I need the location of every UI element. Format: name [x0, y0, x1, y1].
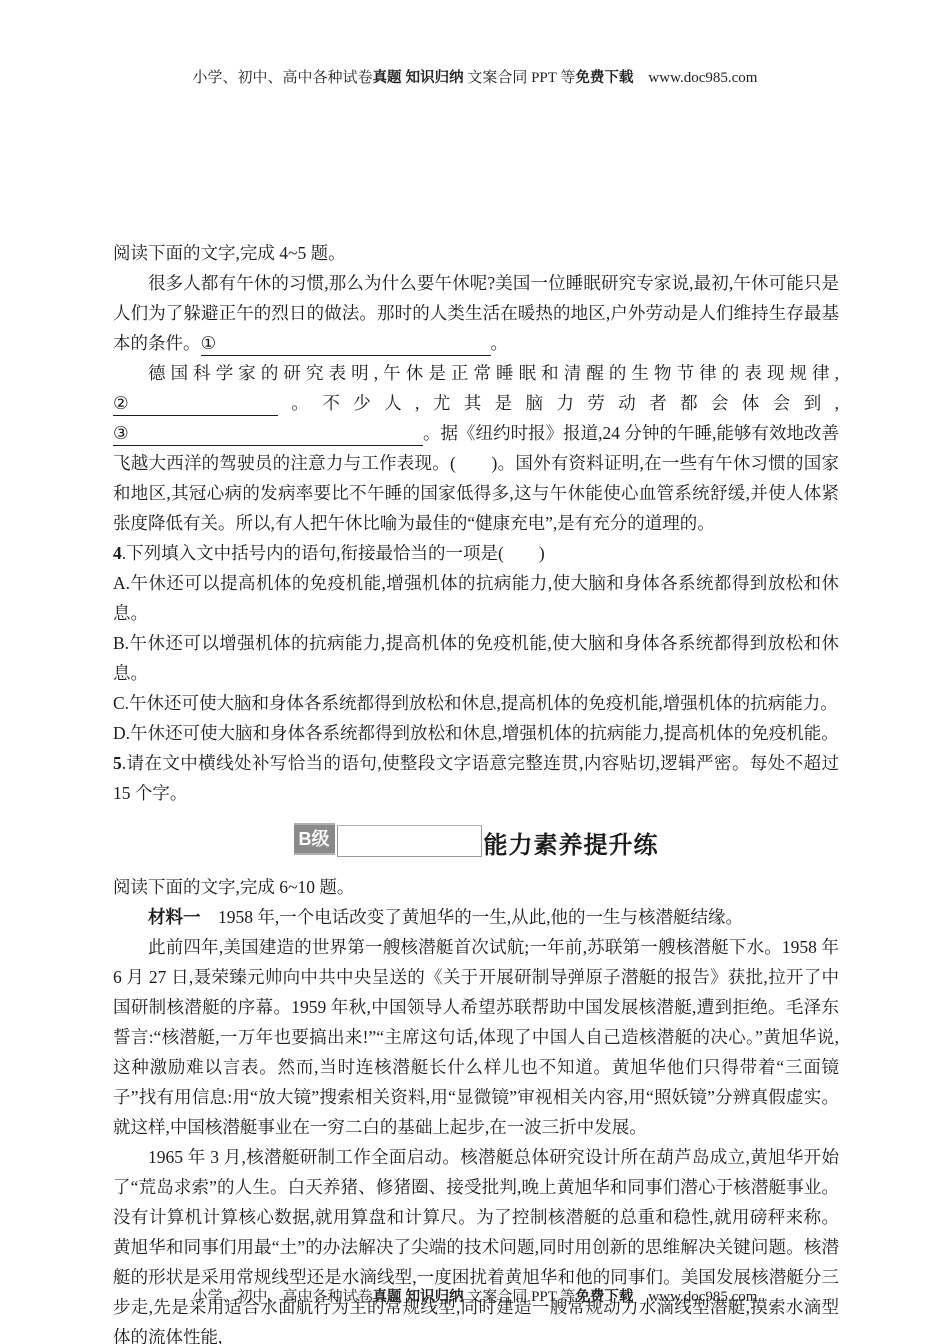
blank-2-marker: ② [113, 393, 129, 413]
material-1-p2-text: 此前四年,美国建造的世界第一艘核潜艇首次试航;一年前,苏联第一艘核潜艇下水。19… [113, 937, 839, 1137]
header-text-2: 真题 知识归纳 [373, 70, 464, 86]
passage-1-p1-end: 。 [491, 333, 509, 353]
material-1-paragraph-2: 此前四年,美国建造的世界第一艘核潜艇首次试航;一年前,苏联第一艘核潜艇下水。19… [113, 932, 839, 1142]
question-4-option-d: D.午休还可使大脑和身体各系统都得到放松和休息,增强机体的抗病能力,提高机体的免… [113, 718, 839, 748]
reading-prompt-2-text: 阅读下面的文字,完成 6~10 题。 [113, 877, 354, 897]
blank-line-1: ① [201, 332, 491, 356]
footer-text-4: 免费下载 [575, 1289, 633, 1305]
page-header: 小学、初中、高中各种试卷真题 知识归纳 文案合同 PPT 等免费下载 www.d… [0, 66, 950, 87]
reading-prompt-1: 阅读下面的文字,完成 4~5 题。 [113, 238, 839, 268]
material-1-p3-text: 1965 年 3 月,核潜艇研制工作全面启动。核潜艇总体研究设计所在葫芦岛成立,… [113, 1147, 839, 1344]
page-footer: 小学、初中、高中各种试卷真题 知识归纳 文案合同 PPT 等免费下载 www.d… [0, 1285, 950, 1306]
header-text-3: 文案合同 PPT 等 [464, 70, 576, 86]
option-a-text: A.午休还可以提高机体的免疫机能,增强机体的抗病能力,使大脑和身体各系统都得到放… [113, 573, 839, 623]
header-url: www.doc985.com [633, 70, 757, 86]
level-b-title-box [337, 825, 482, 857]
material-1-label: 材料一 [148, 907, 201, 927]
question-4: 4.下列填入文中括号内的语句,衔接最恰当的一项是( ) [113, 538, 839, 568]
option-c-text: C.午休还可使大脑和身体各系统都得到放松和休息,提高机体的免疫机能,增强机体的抗… [113, 693, 838, 713]
blank-line-3: ③ [113, 422, 423, 446]
question-5-text: .请在文中横线处补写恰当的语句,使整段文字语意完整连贯,内容贴切,逻辑严密。每处… [113, 753, 839, 803]
reading-prompt-2: 阅读下面的文字,完成 6~10 题。 [113, 872, 839, 902]
document-body: 阅读下面的文字,完成 4~5 题。 很多人都有午休的习惯,那么为什么要午休呢?美… [113, 238, 839, 1344]
material-1-paragraph-3: 1965 年 3 月,核潜艇研制工作全面启动。核潜艇总体研究设计所在葫芦岛成立,… [113, 1142, 839, 1344]
level-b-badge: B级 [294, 823, 335, 855]
level-b-section-title: 能力素养提升练 [484, 832, 659, 860]
passage-1-paragraph-2: 德国科学家的研究表明,午休是正常睡眠和清醒的生物节律的表现规律,②。不少人,尤其… [113, 358, 839, 538]
footer-text-3: 文案合同 PPT 等 [464, 1289, 576, 1305]
passage-1-paragraph-1: 很多人都有午休的习惯,那么为什么要午休呢?美国一位睡眠研究专家说,最初,午休可能… [113, 268, 839, 358]
question-5: 5.请在文中横线处补写恰当的语句,使整段文字语意完整连贯,内容贴切,逻辑严密。每… [113, 748, 839, 808]
question-5-number: 5 [113, 753, 122, 773]
material-1-paragraph-1: 材料一 1958 年,一个电话改变了黄旭华的一生,从此,他的一生与核潜艇结缘。 [113, 902, 839, 932]
header-text-4: 免费下载 [575, 70, 633, 86]
option-b-text: B.午休还可以增强机体的抗病能力,提高机体的免疫机能,使大脑和身体各系统都得到放… [113, 633, 839, 683]
level-b-section-banner: B级 能力素养提升练 [113, 816, 839, 860]
option-d-text: D.午休还可使大脑和身体各系统都得到放松和休息,增强机体的抗病能力,提高机体的免… [113, 723, 839, 743]
document-page: 小学、初中、高中各种试卷真题 知识归纳 文案合同 PPT 等免费下载 www.d… [0, 0, 950, 1344]
question-4-text: .下列填入文中括号内的语句,衔接最恰当的一项是( ) [122, 543, 545, 563]
footer-text-2: 真题 知识归纳 [373, 1289, 464, 1305]
passage-1-p2-text-1: 德国科学家的研究表明,午休是正常睡眠和清醒的生物节律的表现规律, [148, 363, 839, 383]
passage-1-p2-text-2: 。不少人,尤其是脑力劳动者都会体会到, [278, 393, 839, 413]
blank-3-marker: ③ [113, 423, 129, 443]
blank-1-marker: ① [201, 333, 217, 353]
blank-line-2: ② [113, 392, 278, 416]
header-text-1: 小学、初中、高中各种试卷 [193, 70, 373, 86]
footer-url: www.doc985.com [633, 1289, 757, 1305]
reading-prompt-1-text: 阅读下面的文字,完成 4~5 题。 [113, 243, 346, 263]
question-4-number: 4 [113, 543, 122, 563]
material-1-p1-text: 1958 年,一个电话改变了黄旭华的一生,从此,他的一生与核潜艇结缘。 [201, 907, 744, 927]
question-4-option-c: C.午休还可使大脑和身体各系统都得到放松和休息,提高机体的免疫机能,增强机体的抗… [113, 688, 839, 718]
question-4-option-b: B.午休还可以增强机体的抗病能力,提高机体的免疫机能,使大脑和身体各系统都得到放… [113, 628, 839, 688]
footer-text-1: 小学、初中、高中各种试卷 [193, 1289, 373, 1305]
question-4-option-a: A.午休还可以提高机体的免疫机能,增强机体的抗病能力,使大脑和身体各系统都得到放… [113, 568, 839, 628]
